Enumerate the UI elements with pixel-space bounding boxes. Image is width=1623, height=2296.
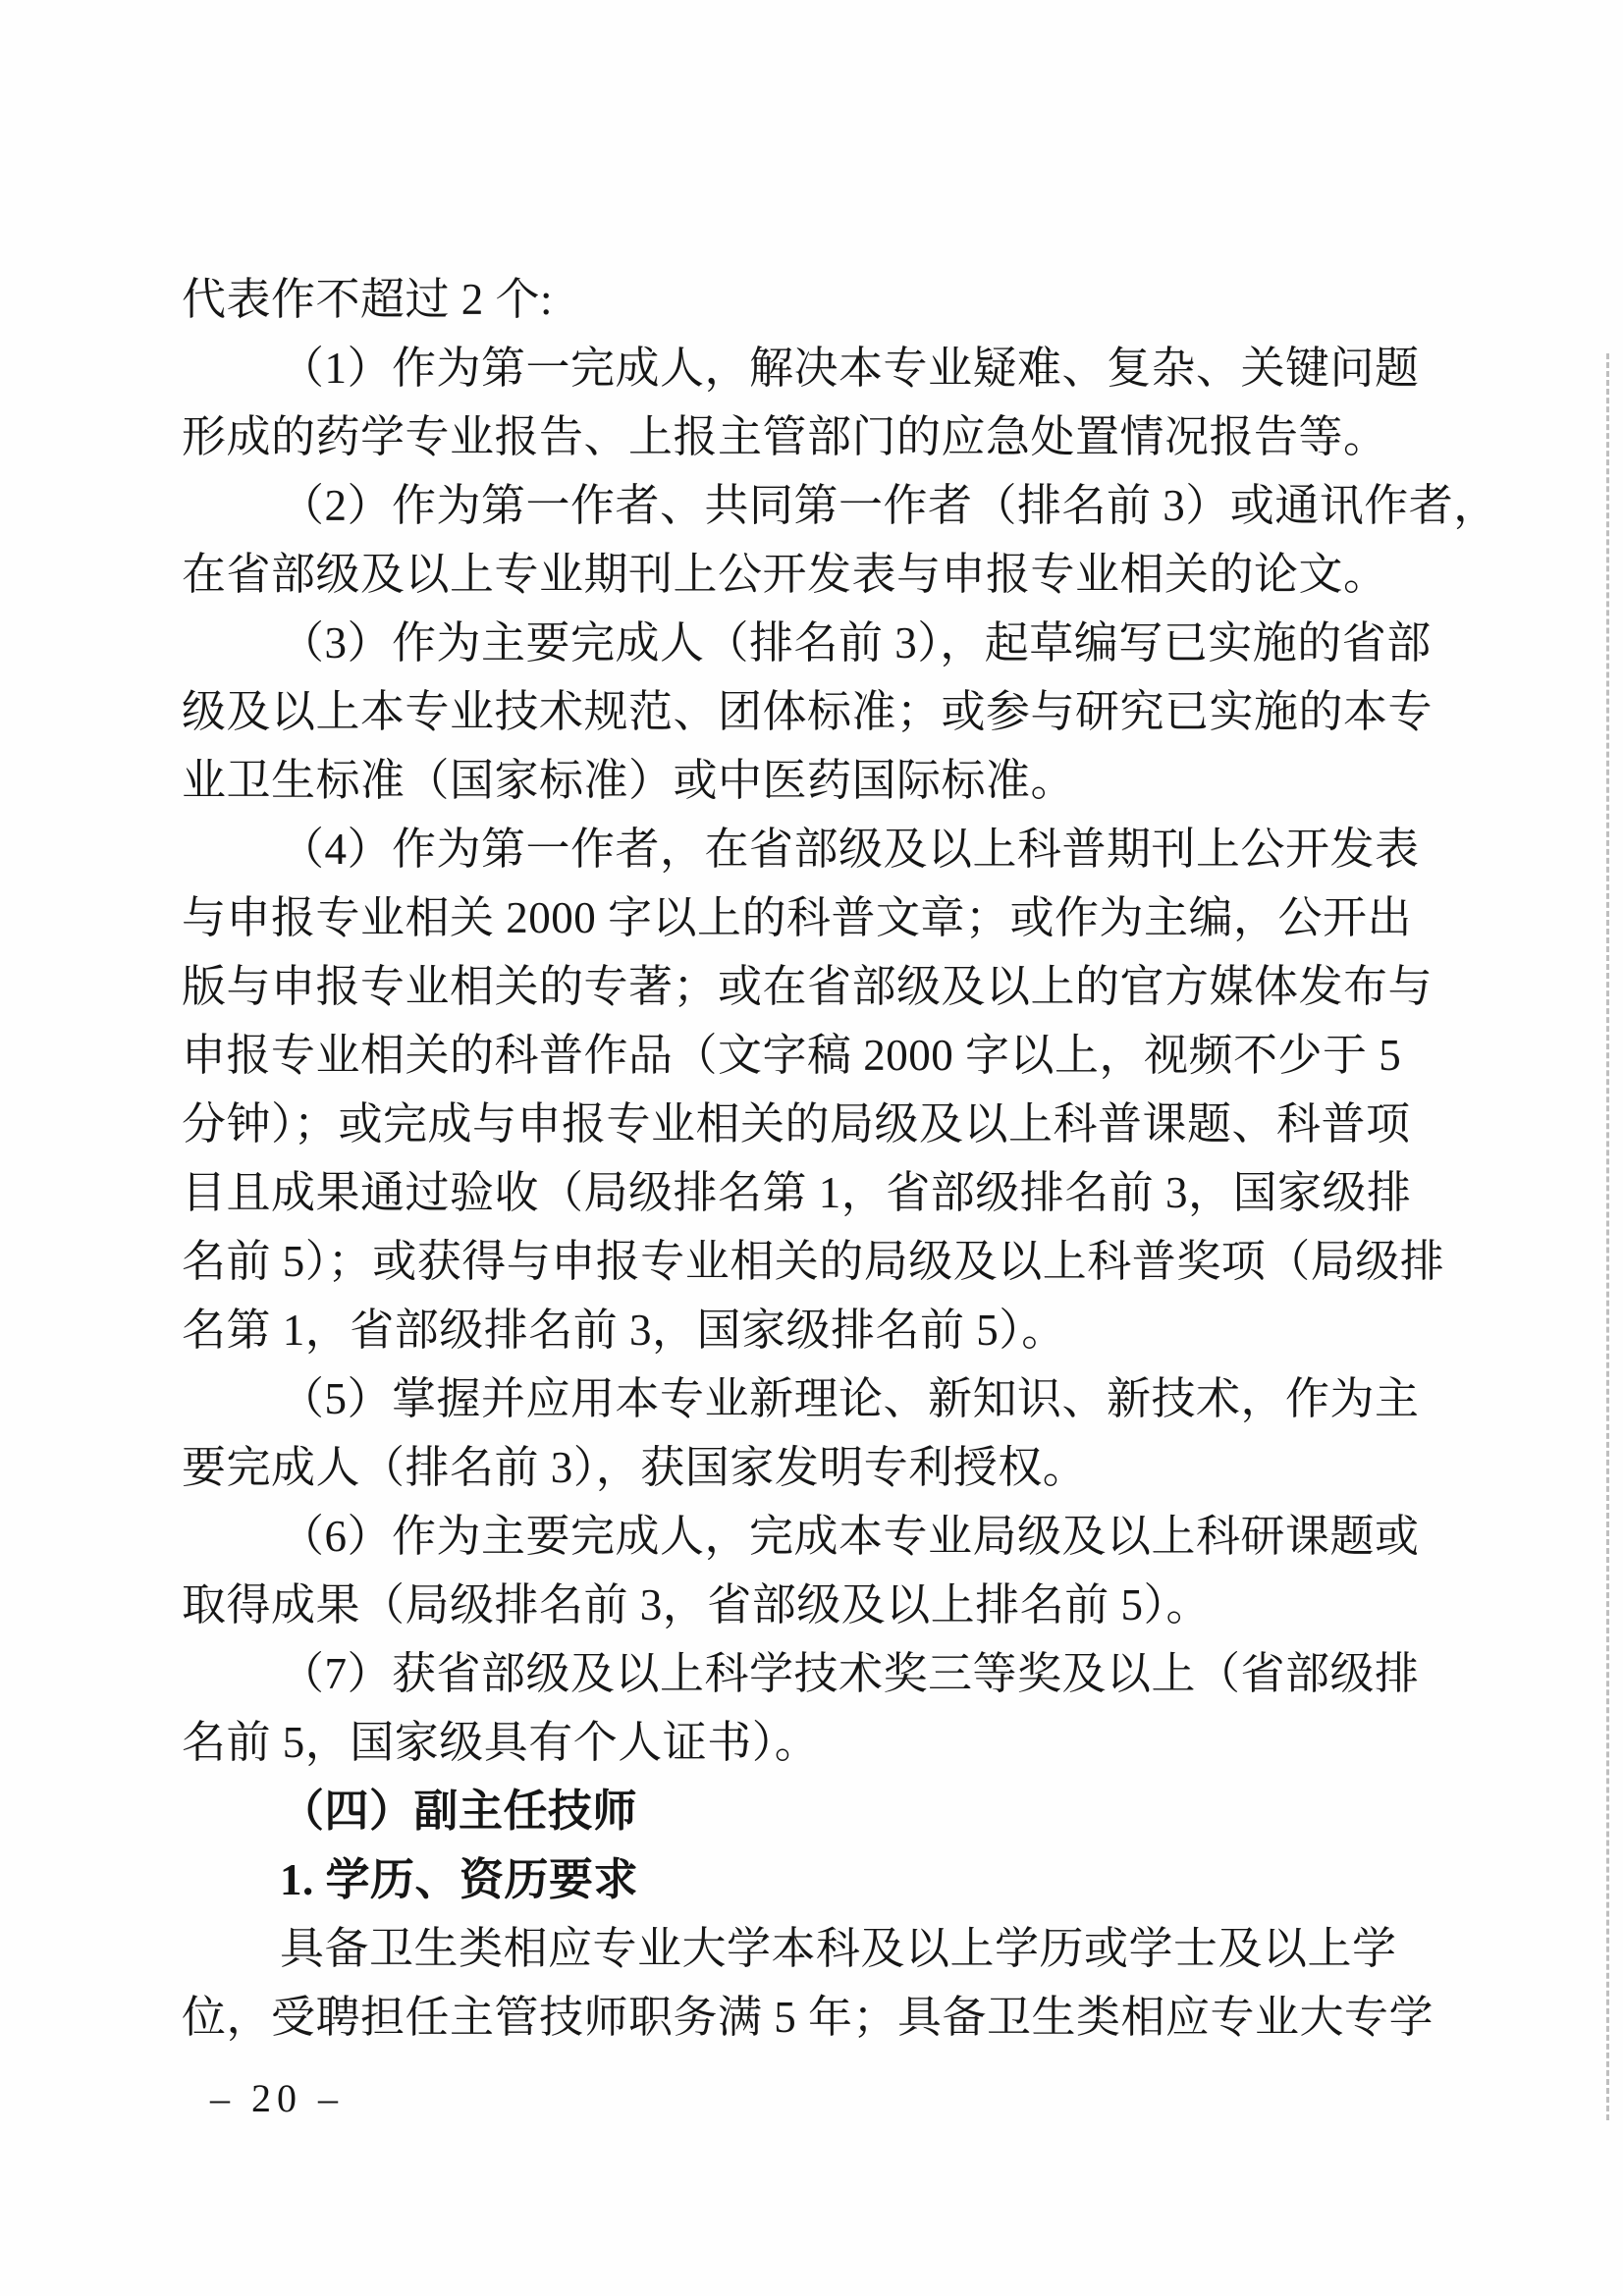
text-line: （5）掌握并应用本专业新理论、新知识、新技术，作为主 [182, 1364, 1451, 1433]
text-line: （6）作为主要完成人，完成本专业局级及以上科研课题或 [182, 1502, 1451, 1571]
page-number: – 20 – [210, 2079, 344, 2118]
text-line: 级及以上本专业技术规范、团体标准；或参与研究已实施的本专 [182, 677, 1451, 746]
text-line: 目且成果通过验收（局级排名第 1，省部级排名前 3，国家级排 [182, 1158, 1451, 1227]
scanned-document-page: 代表作不超过 2 个:（1）作为第一完成人，解决本专业疑难、复杂、关键问题形成的… [0, 0, 1623, 2296]
text-line: 名前 5，国家级具有个人证书）。 [182, 1708, 1451, 1777]
text-line: 具备卫生类相应专业大学本科及以上学历或学士及以上学 [182, 1914, 1451, 1983]
document-body: 代表作不超过 2 个:（1）作为第一完成人，解决本专业疑难、复杂、关键问题形成的… [182, 265, 1451, 2052]
text-line: 申报专业相关的科普作品（文字稿 2000 字以上，视频不少于 5 [182, 1021, 1451, 1090]
text-line: 取得成果（局级排名前 3，省部级及以上排名前 5）。 [182, 1571, 1451, 1639]
text-line: （4）作为第一作者，在省部级及以上科普期刊上公开发表 [182, 815, 1451, 883]
text-line: （2）作为第一作者、共同第一作者（排名前 3）或通讯作者， [182, 471, 1451, 540]
text-line: （1）作为第一完成人，解决本专业疑难、复杂、关键问题 [182, 334, 1451, 402]
text-line: 1. 学历、资历要求 [182, 1845, 1451, 1914]
text-line: 分钟）；或完成与申报专业相关的局级及以上科普课题、科普项 [182, 1090, 1451, 1158]
text-line: 与申报专业相关 2000 字以上的科普文章；或作为主编，公开出 [182, 883, 1451, 952]
text-line: 位，受聘担任主管技师职务满 5 年；具备卫生类相应专业大专学 [182, 1983, 1451, 2052]
text-line: 名前 5）；或获得与申报专业相关的局级及以上科普奖项（局级排 [182, 1227, 1451, 1296]
text-line: （四）副主任技师 [182, 1777, 1451, 1845]
text-line: 版与申报专业相关的专著；或在省部级及以上的官方媒体发布与 [182, 952, 1451, 1021]
scan-artifact-dotted-line [1606, 353, 1609, 2120]
text-line: 在省部级及以上专业期刊上公开发表与申报专业相关的论文。 [182, 540, 1451, 609]
text-line: 名第 1，省部级排名前 3，国家级排名前 5）。 [182, 1296, 1451, 1364]
text-line: 形成的药学专业报告、上报主管部门的应急处置情况报告等。 [182, 402, 1451, 471]
text-line: 业卫生标准（国家标准）或中医药国际标准。 [182, 746, 1451, 815]
text-line: （3）作为主要完成人（排名前 3），起草编写已实施的省部 [182, 609, 1451, 677]
text-line: 要完成人（排名前 3），获国家发明专利授权。 [182, 1433, 1451, 1502]
text-line: （7）获省部级及以上科学技术奖三等奖及以上（省部级排 [182, 1639, 1451, 1708]
text-line: 代表作不超过 2 个: [182, 265, 1451, 334]
